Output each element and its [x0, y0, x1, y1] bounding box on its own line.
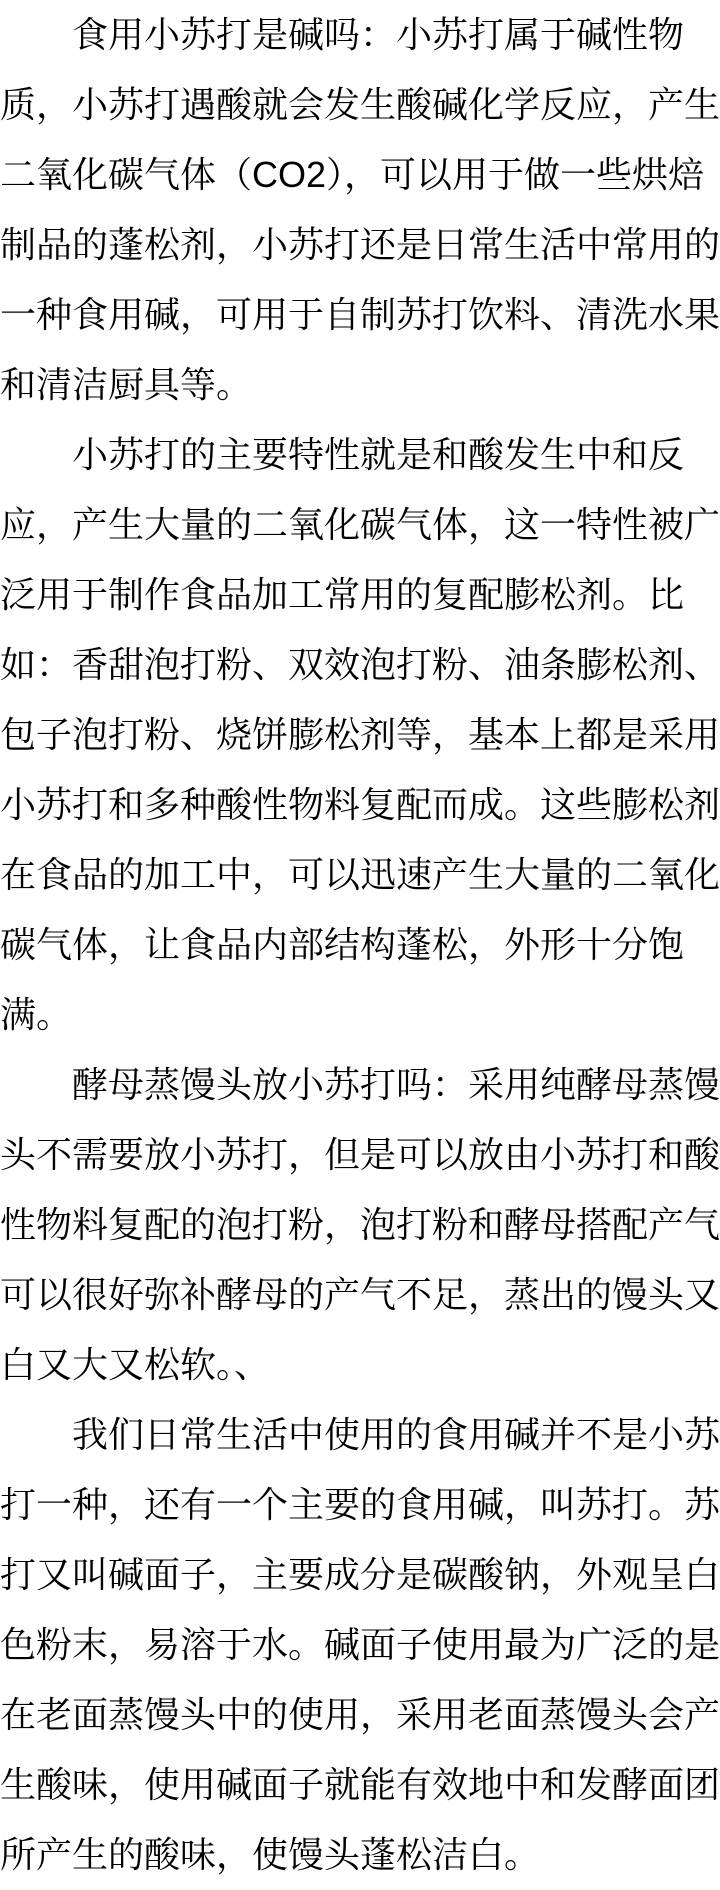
text-line: 食用小苏打是碱吗：小苏打属于碱性物 — [0, 0, 720, 70]
paragraph: 小苏打的主要特性就是和酸发生中和反应，产生大量的二氧化碳气体，这一特性被广泛用于… — [0, 420, 720, 1050]
paragraph: 食用小苏打是碱吗：小苏打属于碱性物质，小苏打遇酸就会发生酸碱化学反应，产生二氧化… — [0, 0, 720, 420]
text-line: 二氧化碳气体（CO2），可以用于做一些烘焙 — [0, 140, 720, 210]
text-line: 满。 — [0, 980, 720, 1050]
text-line: 应，产生大量的二氧化碳气体，这一特性被广 — [0, 490, 720, 560]
text-line: 在食品的加工中，可以迅速产生大量的二氧化 — [0, 840, 720, 910]
paragraph: 我们日常生活中使用的食用碱并不是小苏打一种，还有一个主要的食用碱，叫苏打。苏打又… — [0, 1400, 720, 1890]
text-line: 性物料复配的泡打粉，泡打粉和酵母搭配产气 — [0, 1190, 720, 1260]
text-line: 可以很好弥补酵母的产气不足，蒸出的馒头又 — [0, 1260, 720, 1330]
text-line: 制品的蓬松剂，小苏打还是日常生活中常用的 — [0, 210, 720, 280]
text-line: 酵母蒸馒头放小苏打吗：采用纯酵母蒸馒 — [0, 1050, 720, 1120]
text-line: 小苏打的主要特性就是和酸发生中和反 — [0, 420, 720, 490]
text-line: 我们日常生活中使用的食用碱并不是小苏 — [0, 1400, 720, 1470]
text-line: 在老面蒸馒头中的使用，采用老面蒸馒头会产 — [0, 1680, 720, 1750]
text-line: 碳气体，让食品内部结构蓬松，外形十分饱 — [0, 910, 720, 980]
paragraph: 酵母蒸馒头放小苏打吗：采用纯酵母蒸馒头不需要放小苏打，但是可以放由小苏打和酸性物… — [0, 1050, 720, 1400]
text-line: 生酸味，使用碱面子就能有效地中和发酵面团 — [0, 1750, 720, 1820]
text-line: 打又叫碱面子，主要成分是碳酸钠，外观呈白 — [0, 1540, 720, 1610]
text-line: 泛用于制作食品加工常用的复配膨松剂。比 — [0, 560, 720, 630]
text-line: 打一种，还有一个主要的食用碱，叫苏打。苏 — [0, 1470, 720, 1540]
text-line: 一种食用碱，可用于自制苏打饮料、清洗水果 — [0, 280, 720, 350]
text-line: 色粉末，易溶于水。碱面子使用最为广泛的是 — [0, 1610, 720, 1680]
text-line: 如：香甜泡打粉、双效泡打粉、油条膨松剂、 — [0, 630, 720, 700]
text-line: 所产生的酸味，使馒头蓬松洁白。 — [0, 1820, 720, 1890]
text-line: 头不需要放小苏打，但是可以放由小苏打和酸 — [0, 1120, 720, 1190]
text-line: 质，小苏打遇酸就会发生酸碱化学反应，产生 — [0, 70, 720, 140]
text-line: 小苏打和多种酸性物料复配而成。这些膨松剂 — [0, 770, 720, 840]
article-body: 食用小苏打是碱吗：小苏打属于碱性物质，小苏打遇酸就会发生酸碱化学反应，产生二氧化… — [0, 0, 720, 1890]
text-line: 和清洁厨具等。 — [0, 350, 720, 420]
text-line: 白又大又松软。、 — [0, 1330, 720, 1400]
text-line: 包子泡打粉、烧饼膨松剂等，基本上都是采用 — [0, 700, 720, 770]
